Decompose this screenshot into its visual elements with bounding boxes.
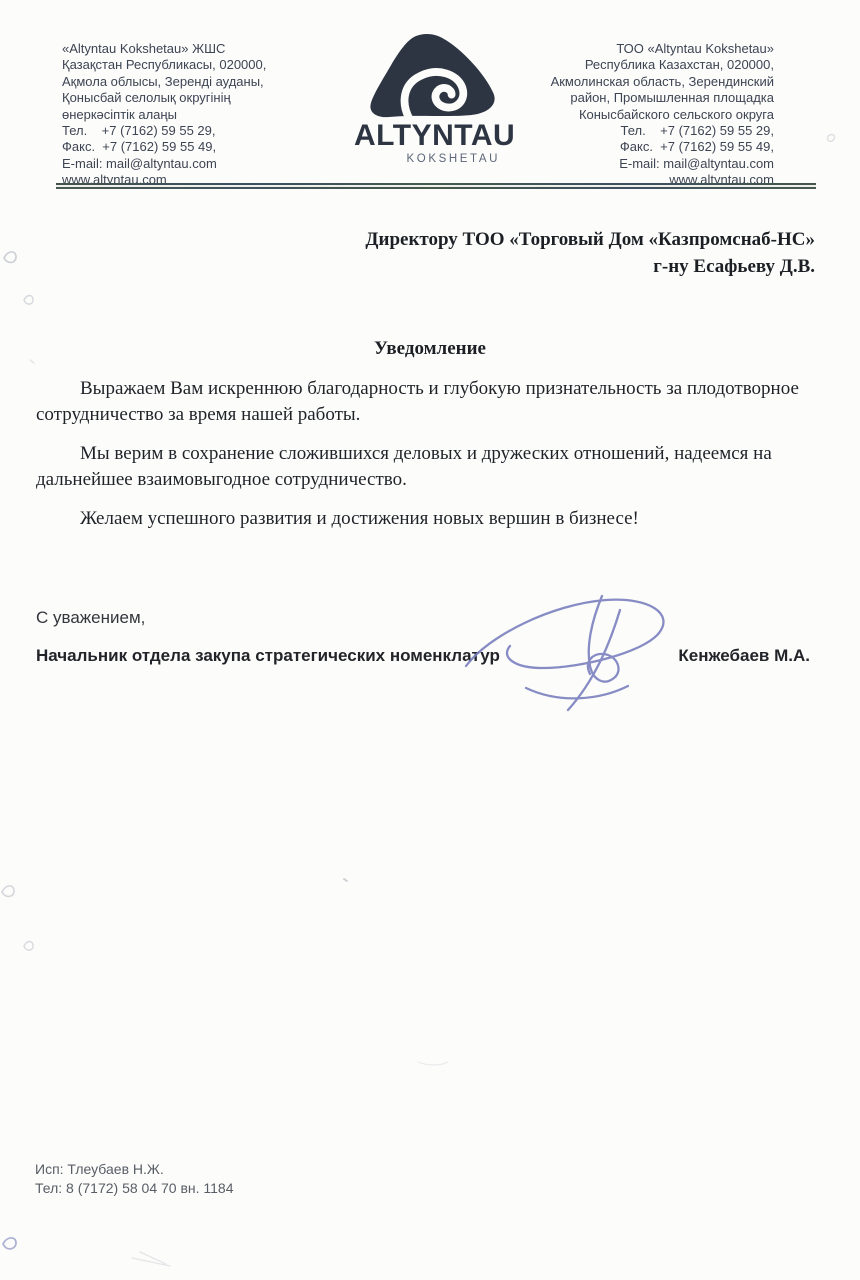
address-line: Акмолинская область, Зерендинский (551, 74, 774, 90)
fax-line: Факс. +7 (7162) 59 55 49, (62, 139, 266, 155)
company-name-kz: «Altyntau Kokshetau» ЖШС (62, 41, 266, 57)
letterhead-right-block: ТОО «Altyntau Kokshetau» Республика Каза… (551, 41, 774, 189)
address-line: өнеркәсіптік алаңы (62, 107, 266, 123)
letter-title: Уведомление (0, 338, 860, 360)
divider-line-bottom (56, 187, 816, 189)
email-line: E-mail: mail@altyntau.com (62, 156, 266, 172)
mountain-swirl-logo-icon (366, 33, 502, 119)
letterhead-divider (56, 183, 816, 189)
logo-wordmark: ALTYNTAU (354, 119, 504, 153)
closing-salutation: С уважением, (36, 608, 145, 628)
fax-line: Факс. +7 (7162) 59 55 49, (551, 139, 774, 155)
executor-name: Исп: Тлеубаев Н.Ж. (35, 1160, 234, 1179)
company-name-ru: ТОО «Altyntau Kokshetau» (551, 41, 774, 57)
address-line: Қонысбай селолық округінің (62, 90, 266, 106)
letterhead-left-block: «Altyntau Kokshetau» ЖШС Қазақстан Респу… (62, 41, 266, 189)
paragraph-relations: Мы верим в сохранение сложившихся деловы… (36, 441, 824, 493)
addressee-block: Директору ТОО «Торговый Дом «Казпромснаб… (365, 226, 815, 280)
address-line: Қазақстан Республикасы, 020000, (62, 57, 266, 73)
address-line: район, Промышленная площадка (551, 90, 774, 106)
phone-line: Тел. +7 (7162) 59 55 29, (551, 123, 774, 139)
email-line: E-mail: mail@altyntau.com (551, 156, 774, 172)
address-line: Республика Казахстан, 020000, (551, 57, 774, 73)
phone-line: Тел. +7 (7162) 59 55 29, (62, 123, 266, 139)
executor-block: Исп: Тлеубаев Н.Ж. Тел: 8 (7172) 58 04 7… (35, 1160, 234, 1198)
address-line: Конысбайского сельского округа (551, 107, 774, 123)
signature-ink (460, 588, 686, 714)
addressee-line-2: г-ну Есафьеву Д.В. (365, 253, 815, 280)
scanned-letter-page: «Altyntau Kokshetau» ЖШС Қазақстан Респу… (0, 0, 860, 1280)
logo-subtitle: KOKSHETAU (354, 153, 500, 165)
signer-name: Кенжебаев М.А. (678, 646, 810, 666)
paragraph-wishes: Желаем успешного развития и достижения н… (36, 506, 824, 532)
scan-artifacts (0, 0, 860, 1280)
addressee-line-1: Директору ТОО «Торговый Дом «Казпромснаб… (365, 226, 815, 253)
signer-title: Начальник отдела закупа стратегических н… (36, 646, 500, 666)
letter-paragraphs: Выражаем Вам искреннюю благодарность и г… (36, 376, 824, 545)
address-line: Ақмола облысы, Зеренді ауданы, (62, 74, 266, 90)
executor-phone: Тел: 8 (7172) 58 04 70 вн. 1184 (35, 1179, 234, 1198)
paragraph-gratitude: Выражаем Вам искреннюю благодарность и г… (36, 376, 824, 428)
